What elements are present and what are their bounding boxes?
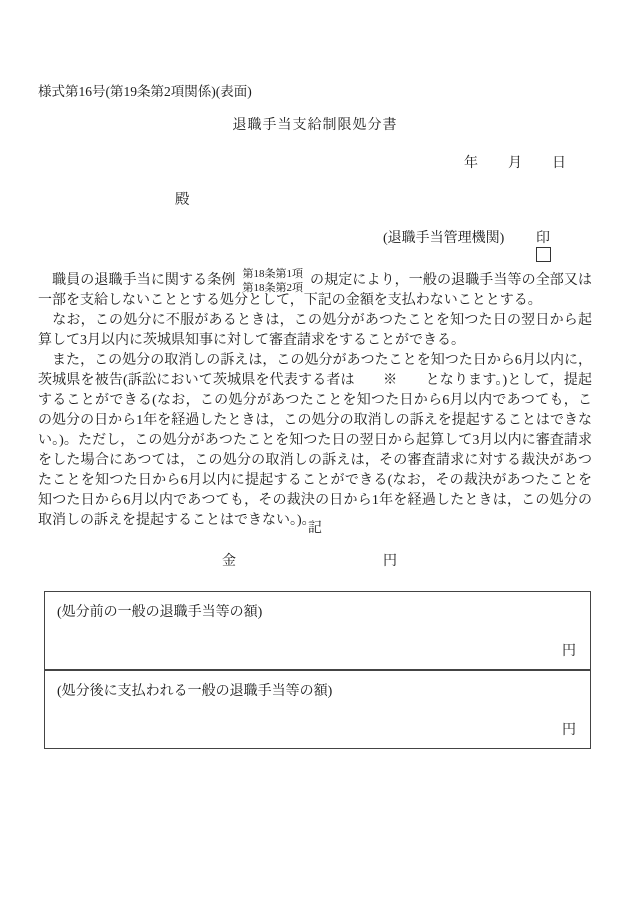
row-unit: 円: [562, 640, 576, 660]
row-unit: 円: [562, 719, 576, 739]
amount-table: (処分前の一般の退職手当等の額) 円 (処分後に支払われる一般の退職手当等の額)…: [44, 591, 591, 749]
paragraph-appeal-notice: なお，この処分に不服があるときは，この処分があつたことを知つた日の翌日から起算し…: [38, 311, 592, 351]
seal-box: [536, 247, 551, 262]
day-label: 日: [552, 156, 566, 171]
addressee-honorific: 殿: [175, 188, 190, 209]
document-page: 様式第16号(第19条第2項関係)(表面) 退職手当支給制限処分書 年月日 殿 …: [0, 0, 630, 903]
record-heading: 記: [0, 517, 630, 537]
month-label: 月: [508, 156, 522, 171]
year-label: 年: [464, 156, 478, 171]
clause-top: 第18条第1項: [242, 267, 303, 281]
amount-unit: 円: [383, 550, 397, 570]
row-label: (処分後に支払われる一般の退職手当等の額): [57, 680, 332, 700]
clause-stack: 第18条第1項第18条第2項: [242, 267, 303, 295]
date-line: 年月日: [464, 152, 566, 172]
amount-line: 金 円: [0, 550, 630, 568]
table-row-pre-disposition: (処分前の一般の退職手当等の額) 円: [45, 592, 590, 669]
body-text: 職員の退職手当に関する条例第18条第1項第18条第2項の規定により，一般の退職手…: [38, 271, 592, 531]
issuer-label: (退職手当管理機関): [383, 227, 504, 247]
form-number: 様式第16号(第19条第2項関係)(表面): [38, 80, 252, 100]
row-label: (処分前の一般の退職手当等の額): [57, 601, 262, 621]
paragraph-lawsuit-notice: また，この処分の取消しの訴えは，この処分があつたことを知つた日から6月以内に，茨…: [38, 351, 592, 531]
paragraph1-before: 職員の退職手当に関する条例: [38, 273, 235, 288]
seal-label: 印: [536, 227, 550, 247]
table-row-post-disposition: (処分後に支払われる一般の退職手当等の額) 円: [45, 669, 590, 748]
page-title: 退職手当支給制限処分書: [0, 114, 630, 134]
paragraph-disposition: 職員の退職手当に関する条例第18条第1項第18条第2項の規定により，一般の退職手…: [38, 271, 592, 311]
amount-prefix: 金: [222, 550, 236, 570]
